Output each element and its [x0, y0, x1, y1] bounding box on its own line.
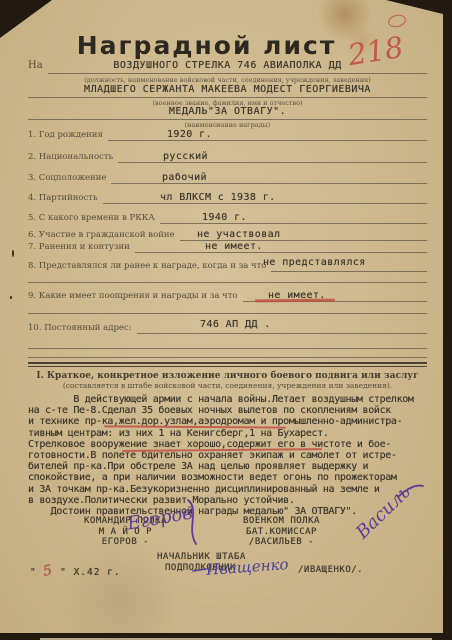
form-line	[28, 119, 427, 120]
paper-sheet: Наградной лист 218 На ВОЗДУШНОГО СТРЕЛКА…	[0, 0, 443, 633]
recipient-name: МЛАДШЕГО СЕРЖАНТА МАКЕЕВА МОДЕСТ ГЕОРГИЕ…	[28, 84, 427, 95]
body-line: спокойствие, а при наличии возможности в…	[28, 472, 429, 483]
paper-speck	[12, 250, 14, 257]
form-line	[160, 209, 427, 224]
form-row-nationality: 2. Национальность русский	[28, 149, 427, 163]
form-line	[111, 169, 427, 184]
section-subheading: (составляется в штабе войсковой части, с…	[28, 381, 427, 390]
form-line	[28, 282, 427, 283]
form-line	[108, 126, 427, 141]
body-line: и ЗА точкам пр-ка.Безукоризненно дисципл…	[28, 484, 429, 495]
paper-speck	[10, 296, 12, 299]
form-line	[28, 348, 427, 349]
date-day-ink: 5	[42, 562, 55, 580]
thick-rule	[28, 366, 427, 367]
form-row-wounds: 7. Ранения и контузии не имеет.	[28, 239, 427, 253]
award-name: МЕДАЛЬ"ЗА ОТВАГУ".	[28, 106, 427, 117]
form-row-prior-nominations: 8. Представлялся ли ранее к награде, ког…	[28, 258, 427, 272]
date-line: " 5 " Х.42 г.	[30, 563, 121, 579]
section-heading: I. Краткое, конкретное изложение личного…	[28, 371, 427, 381]
form-value: не имеет.	[205, 241, 263, 252]
form-value: 1920 г.	[167, 129, 212, 140]
form-line	[28, 313, 427, 314]
form-value: рабочий	[162, 172, 207, 183]
body-line: бителей пр-ка.При обстреле ЗА над целью …	[28, 461, 429, 472]
commissar-signature-block: ВОЕНКОМ ПОЛКА БАТ.КОМИССАР /ВАСИЛЬЕВ -	[243, 516, 320, 548]
form-line	[137, 319, 427, 334]
form-line	[135, 238, 427, 253]
position-caption: (должность, наименование войсковой части…	[28, 76, 427, 84]
form-row-address: 10. Постоянный адрес: 746 АП ДД .	[28, 320, 427, 334]
form-line	[28, 357, 427, 358]
form-row-party: 4. Партийность чл ВЛКСМ с 1938 г.	[28, 190, 427, 204]
thick-rule	[28, 362, 427, 364]
form-value: не представлялся	[263, 257, 366, 268]
body-line: на с-те Пе-8.Сделал 35 боевых ночных выл…	[28, 405, 429, 416]
body-line: В действующей армии с начала войны.Летае…	[28, 394, 429, 405]
form-value: 1940 г.	[202, 212, 247, 223]
recipient-unit: ВОЗДУШНОГО СТРЕЛКА 746 АВИАПОЛКА ДД	[28, 60, 427, 71]
red-oval-mark	[387, 13, 407, 29]
body-line: готовности.В полете бдительно охраняет э…	[28, 450, 429, 461]
chief-name-typed: /ИВАЩЕНКО/.	[298, 565, 363, 576]
form-line	[48, 73, 427, 74]
form-row-rkka-since: 5. С какого времени в РККА 1940 г.	[28, 210, 427, 224]
egorov-flourish-stroke	[176, 498, 202, 548]
form-value: русский	[163, 151, 208, 162]
ink-checkmark	[396, 482, 426, 500]
form-line	[28, 97, 427, 98]
body-line: в воздухе.Политически развит.Морально ус…	[28, 495, 429, 506]
form-row-social-position: 3. Соцположение рабочий	[28, 170, 427, 184]
form-row-birth-year: 1. Год рождения 1920 г.	[28, 127, 427, 141]
ivashchenko-dash-stroke	[192, 566, 208, 574]
body-line: тивным центрам: из них 1 на Кенигсберг,1…	[28, 428, 429, 439]
form-row-existing-awards: 9. Какие имеет поощрения и награды и за …	[28, 288, 427, 302]
form-value: 746 АП ДД .	[200, 319, 271, 330]
combat-description: В действующей армии с начала войны.Летае…	[28, 394, 429, 517]
form-value: чл ВЛКСМ с 1938 г.	[160, 192, 276, 203]
scanned-document: Наградной лист 218 На ВОЗДУШНОГО СТРЕЛКА…	[0, 0, 452, 640]
